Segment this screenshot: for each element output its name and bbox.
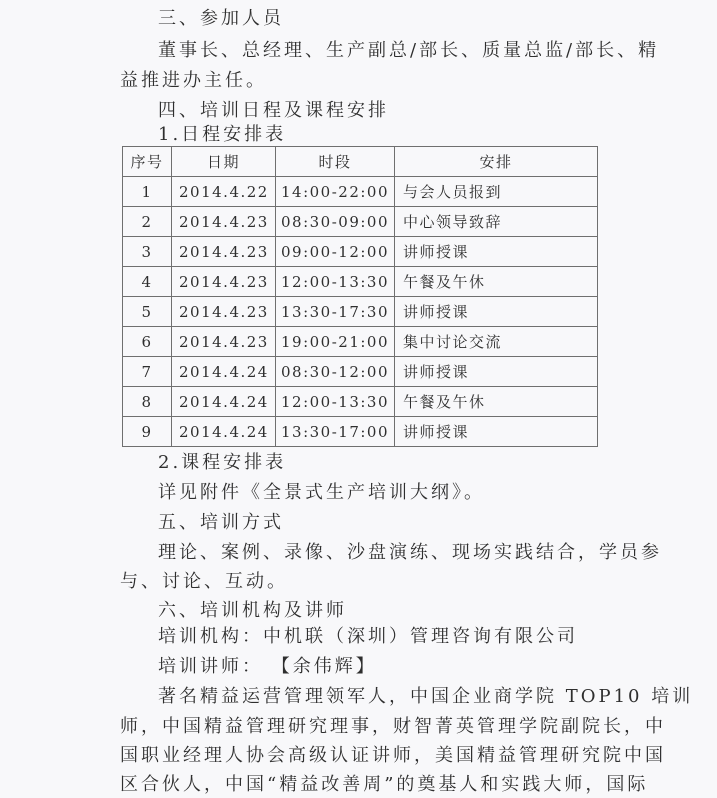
section-5-heading: 五、培训方式 [158,512,284,534]
table-row: 1 2014.4.22 14:00-22:00 与会人员报到 [123,177,598,207]
cell-time: 19:00-21:00 [276,327,395,357]
cell-arrangement: 讲师授课 [395,357,598,387]
cell-date: 2014.4.23 [172,327,276,357]
header-no: 序号 [123,147,172,177]
cell-arrangement: 午餐及午休 [395,387,598,417]
cell-time: 14:00-22:00 [276,177,395,207]
header-date: 日期 [172,147,276,177]
cell-time: 12:00-13:30 [276,267,395,297]
section-3-body-line2: 益推进办主任。 [120,70,267,92]
header-time: 时段 [276,147,395,177]
cell-time: 09:00-12:00 [276,237,395,267]
cell-no: 4 [123,267,172,297]
cell-date: 2014.4.24 [172,417,276,447]
cell-date: 2014.4.24 [172,387,276,417]
lecturer-bio-line1: 著名精益运营管理领军人，中国企业商学院 TOP10 培训 [158,686,693,708]
table-row: 3 2014.4.23 09:00-12:00 讲师授课 [123,237,598,267]
cell-arrangement: 集中讨论交流 [395,327,598,357]
table-header-row: 序号 日期 时段 安排 [123,147,598,177]
cell-date: 2014.4.23 [172,207,276,237]
cell-arrangement: 中心领导致辞 [395,207,598,237]
cell-no: 2 [123,207,172,237]
lecturer-bio-line2: 师，中国精益管理研究理事，财智菁英管理学院副院长，中 [120,716,666,738]
cell-no: 3 [123,237,172,267]
cell-date: 2014.4.23 [172,267,276,297]
section-4-sub1: 1.日程安排表 [158,124,286,146]
cell-date: 2014.4.24 [172,357,276,387]
lecturer-bio-line4: 区合伙人，中国“精益改善周”的奠基人和实践大师，国际 [120,774,648,796]
cell-no: 5 [123,297,172,327]
cell-date: 2014.4.23 [172,297,276,327]
cell-time: 08:30-09:00 [276,207,395,237]
section-4-sub2: 2.课程安排表 [158,452,286,474]
cell-arrangement: 与会人员报到 [395,177,598,207]
section-6-heading: 六、培训机构及讲师 [158,600,347,622]
cell-no: 8 [123,387,172,417]
training-lecturer: 培训讲师： 【余伟辉】 [158,656,377,678]
table-row: 9 2014.4.24 13:30-17:00 讲师授课 [123,417,598,447]
lecturer-bio-line3: 国职业经理人协会高级认证讲师，美国精益管理研究院中国 [120,745,666,767]
cell-arrangement: 讲师授课 [395,417,598,447]
cell-time: 13:30-17:00 [276,417,395,447]
table-row: 8 2014.4.24 12:00-13:30 午餐及午休 [123,387,598,417]
section-5-body-line2: 与、讨论、互动。 [120,571,288,593]
table-row: 7 2014.4.24 08:30-12:00 讲师授课 [123,357,598,387]
cell-no: 7 [123,357,172,387]
table-row: 5 2014.4.23 13:30-17:30 讲师授课 [123,297,598,327]
schedule-table: 序号 日期 时段 安排 1 2014.4.22 14:00-22:00 与会人员… [122,146,598,447]
header-arrangement: 安排 [395,147,598,177]
cell-arrangement: 讲师授课 [395,237,598,267]
cell-no: 1 [123,177,172,207]
cell-time: 13:30-17:30 [276,297,395,327]
cell-no: 9 [123,417,172,447]
section-3-body-line1: 董事长、总经理、生产副总/部长、质量总监/部长、精 [158,40,659,62]
cell-arrangement: 午餐及午休 [395,267,598,297]
cell-time: 08:30-12:00 [276,357,395,387]
section-3-heading: 三、参加人员 [158,8,284,30]
cell-no: 6 [123,327,172,357]
training-organization: 培训机构：中机联（深圳）管理咨询有限公司 [158,626,578,648]
table-row: 2 2014.4.23 08:30-09:00 中心领导致辞 [123,207,598,237]
table-row: 4 2014.4.23 12:00-13:30 午餐及午休 [123,267,598,297]
cell-time: 12:00-13:30 [276,387,395,417]
cell-date: 2014.4.23 [172,237,276,267]
section-4-sub2-body: 详见附件《全景式生产培训大纲》。 [158,482,485,504]
section-4-heading: 四、培训日程及课程安排 [158,100,389,122]
table-row: 6 2014.4.23 19:00-21:00 集中讨论交流 [123,327,598,357]
cell-date: 2014.4.22 [172,177,276,207]
section-5-body-line1: 理论、案例、录像、沙盘演练、现场实践结合，学员参 [158,542,662,564]
cell-arrangement: 讲师授课 [395,297,598,327]
